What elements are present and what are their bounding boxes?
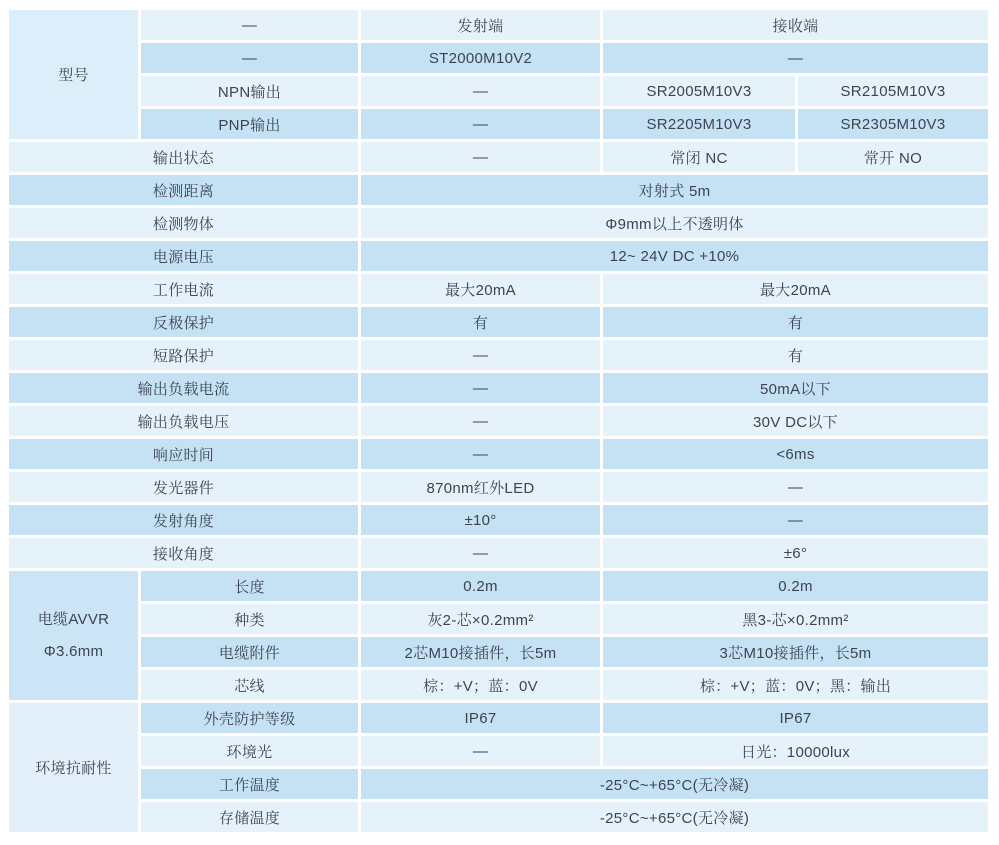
- spec-value-cell: —: [361, 142, 600, 172]
- spec-value-cell: 870nm红外LED: [361, 472, 600, 502]
- table-row: 发光器件 870nm红外LED —: [9, 472, 988, 502]
- spec-value-cell: 有: [361, 307, 600, 337]
- spec-value-cell: SR2305M10V3: [798, 109, 988, 139]
- spec-value-cell: 有: [603, 307, 988, 337]
- spec-value-cell: 2芯M10接插件，长5m: [361, 637, 600, 667]
- spec-value-cell: IP67: [361, 703, 600, 733]
- table-row: 存储温度 -25°C~+65°C(无冷凝): [9, 802, 988, 832]
- table-row: 响应时间 — <6ms: [9, 439, 988, 469]
- model-group-cell: 型号: [9, 10, 138, 139]
- spec-value-cell: 常开 NO: [798, 142, 988, 172]
- spec-label-cell: 输出负载电流: [9, 373, 358, 403]
- spec-value-cell: SR2105M10V3: [798, 76, 988, 106]
- spec-value-cell: 12~ 24V DC +10%: [361, 241, 988, 271]
- spec-value-cell: —: [603, 472, 988, 502]
- table-row: NPN输出 — SR2005M10V3 SR2105M10V3: [9, 76, 988, 106]
- spec-value-cell: 灰2-芯×0.2mm²: [361, 604, 600, 634]
- table-row: 芯线 棕：+V；蓝：0V 棕：+V；蓝：0V；黑：输出: [9, 670, 988, 700]
- spec-value-cell: 常闭 NC: [603, 142, 795, 172]
- table-row: 输出负载电流 — 50mA以下: [9, 373, 988, 403]
- spec-value-cell: SR2205M10V3: [603, 109, 795, 139]
- table-row: 检测距离 对射式 5m: [9, 175, 988, 205]
- table-row: 短路保护 — 有: [9, 340, 988, 370]
- spec-value-cell: —: [361, 406, 600, 436]
- table-row: 输出负载电压 — 30V DC以下: [9, 406, 988, 436]
- table-row: 电源电压 12~ 24V DC +10%: [9, 241, 988, 271]
- spec-label-cell: 电缆附件: [141, 637, 358, 667]
- spec-label-cell: 种类: [141, 604, 358, 634]
- environment-group-cell: 环境抗耐性: [9, 703, 138, 832]
- cable-group-label-line1: 电缆AVVR: [13, 611, 134, 629]
- table-row: 型号 — 发射端 接收端: [9, 10, 988, 40]
- sensor-spec-table: 型号 — 发射端 接收端 — ST2000M10V2 — NPN输出 — SR2…: [6, 7, 991, 835]
- spec-label-cell: 发射角度: [9, 505, 358, 535]
- table-row: 电缆附件 2芯M10接插件，长5m 3芯M10接插件，长5m: [9, 637, 988, 667]
- spec-value-cell: ±10°: [361, 505, 600, 535]
- spec-value-cell: —: [361, 373, 600, 403]
- receiver-header-cell: 接收端: [603, 10, 988, 40]
- cable-group-cell: 电缆AVVR Φ3.6mm: [9, 571, 138, 700]
- spec-value-cell: Φ9mm以上不透明体: [361, 208, 988, 238]
- spec-sheet-page: 型号 — 发射端 接收端 — ST2000M10V2 — NPN输出 — SR2…: [0, 0, 999, 845]
- spec-label-cell: 外壳防护等级: [141, 703, 358, 733]
- spec-value-cell: <6ms: [603, 439, 988, 469]
- spec-value-cell: 30V DC以下: [603, 406, 988, 436]
- spec-label-cell: 检测物体: [9, 208, 358, 238]
- spec-value-cell: 对射式 5m: [361, 175, 988, 205]
- spec-label-cell: 检测距离: [9, 175, 358, 205]
- spec-label-cell: 存储温度: [141, 802, 358, 832]
- spec-value-cell: —: [361, 340, 600, 370]
- table-row: 发射角度 ±10° —: [9, 505, 988, 535]
- spec-value-cell: -25°C~+65°C(无冷凝): [361, 769, 988, 799]
- spec-label-cell: 输出负载电压: [9, 406, 358, 436]
- spec-value-cell: ST2000M10V2: [361, 43, 600, 73]
- cable-group-label-line2: Φ3.6mm: [13, 643, 134, 661]
- spec-value-cell: —: [361, 439, 600, 469]
- spec-label-cell: 反极保护: [9, 307, 358, 337]
- spec-label-cell: 芯线: [141, 670, 358, 700]
- spec-value-cell: 日光：10000lux: [603, 736, 988, 766]
- spec-label-cell: 工作电流: [9, 274, 358, 304]
- spec-label-cell: 短路保护: [9, 340, 358, 370]
- spec-value-cell: —: [361, 736, 600, 766]
- spec-label-cell: 工作温度: [141, 769, 358, 799]
- spec-label-cell: —: [141, 43, 358, 73]
- table-row: PNP输出 — SR2205M10V3 SR2305M10V3: [9, 109, 988, 139]
- spec-label-cell: 环境光: [141, 736, 358, 766]
- spec-value-cell: 50mA以下: [603, 373, 988, 403]
- spec-value-cell: 3芯M10接插件，长5m: [603, 637, 988, 667]
- table-row: 工作电流 最大20mA 最大20mA: [9, 274, 988, 304]
- spec-value-cell: 棕：+V；蓝：0V；黑：输出: [603, 670, 988, 700]
- spec-label-cell: —: [141, 10, 358, 40]
- table-row: 反极保护 有 有: [9, 307, 988, 337]
- spec-value-cell: —: [361, 76, 600, 106]
- spec-value-cell: ±6°: [603, 538, 988, 568]
- spec-label-cell: 长度: [141, 571, 358, 601]
- spec-label-cell: NPN输出: [141, 76, 358, 106]
- spec-value-cell: 最大20mA: [361, 274, 600, 304]
- table-row: 工作温度 -25°C~+65°C(无冷凝): [9, 769, 988, 799]
- spec-value-cell: —: [603, 43, 988, 73]
- transmitter-header-cell: 发射端: [361, 10, 600, 40]
- spec-label-cell: 输出状态: [9, 142, 358, 172]
- spec-value-cell: 黑3-芯×0.2mm²: [603, 604, 988, 634]
- table-row: 种类 灰2-芯×0.2mm² 黑3-芯×0.2mm²: [9, 604, 988, 634]
- spec-label-cell: 接收角度: [9, 538, 358, 568]
- spec-label-cell: 发光器件: [9, 472, 358, 502]
- spec-label-cell: PNP输出: [141, 109, 358, 139]
- table-row: 接收角度 — ±6°: [9, 538, 988, 568]
- spec-label-cell: 电源电压: [9, 241, 358, 271]
- spec-value-cell: 最大20mA: [603, 274, 988, 304]
- table-row: 电缆AVVR Φ3.6mm 长度 0.2m 0.2m: [9, 571, 988, 601]
- spec-value-cell: IP67: [603, 703, 988, 733]
- spec-value-cell: —: [361, 538, 600, 568]
- spec-value-cell: 有: [603, 340, 988, 370]
- table-row: 环境光 — 日光：10000lux: [9, 736, 988, 766]
- spec-label-cell: 响应时间: [9, 439, 358, 469]
- spec-value-cell: 0.2m: [603, 571, 988, 601]
- spec-value-cell: 棕：+V；蓝：0V: [361, 670, 600, 700]
- table-row: — ST2000M10V2 —: [9, 43, 988, 73]
- spec-value-cell: -25°C~+65°C(无冷凝): [361, 802, 988, 832]
- spec-value-cell: —: [361, 109, 600, 139]
- spec-value-cell: —: [603, 505, 988, 535]
- table-row: 输出状态 — 常闭 NC 常开 NO: [9, 142, 988, 172]
- spec-value-cell: SR2005M10V3: [603, 76, 795, 106]
- table-row: 检测物体 Φ9mm以上不透明体: [9, 208, 988, 238]
- spec-value-cell: 0.2m: [361, 571, 600, 601]
- table-row: 环境抗耐性 外壳防护等级 IP67 IP67: [9, 703, 988, 733]
